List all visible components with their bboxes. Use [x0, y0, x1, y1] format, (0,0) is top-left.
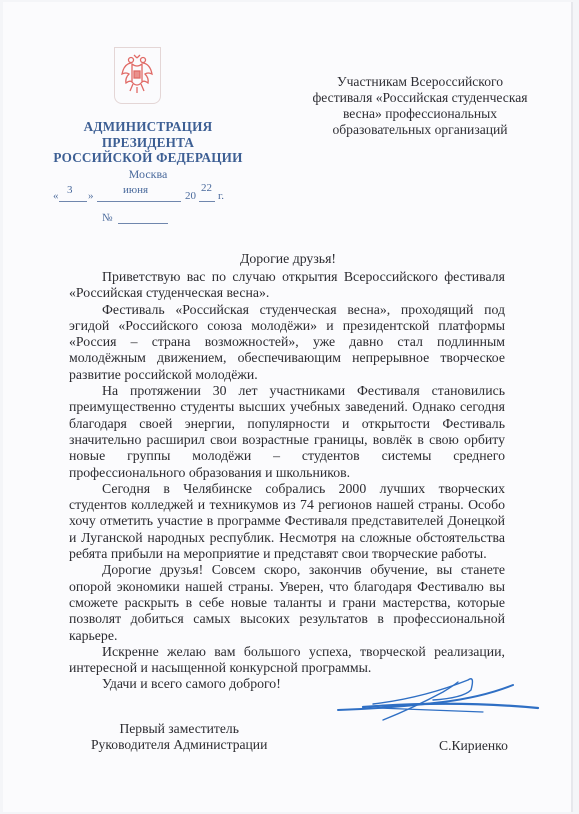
- addressee-line-3: весна» профессиональных: [299, 106, 541, 122]
- paragraph: Дорогие друзья! Совсем скоро, закончив о…: [69, 562, 505, 643]
- date-close-quote: »: [88, 190, 94, 202]
- org-line-2: ПРЕЗИДЕНТА: [53, 135, 243, 151]
- org-line-1: АДМИНИСТРАЦИЯ: [53, 119, 243, 135]
- addressee-line-1: Участникам Всероссийского: [299, 74, 541, 90]
- month-underline: [97, 201, 181, 202]
- signer-position: Первый заместитель Руководителя Админист…: [91, 721, 267, 753]
- letter-body: Приветствую вас по случаю открытия Всеро…: [69, 269, 505, 693]
- position-line-1: Первый заместитель: [91, 721, 267, 737]
- date-year-mark: г.: [218, 190, 224, 202]
- paragraph: Сегодня в Челябинске собрались 2000 лучш…: [69, 481, 505, 562]
- year-underline: [199, 201, 215, 202]
- number-underline: [118, 223, 168, 224]
- addressee-line-2: фестиваля «Российская студенческая: [299, 90, 541, 106]
- signer-name: С.Кириенко: [439, 738, 508, 754]
- date-year-suffix: 22: [201, 182, 212, 194]
- date-open-quote: «: [53, 190, 59, 202]
- date-day: 3: [67, 184, 73, 196]
- organization-name: АДМИНИСТРАЦИЯ ПРЕЗИДЕНТА РОССИЙСКОЙ ФЕДЕ…: [53, 119, 243, 166]
- date-line: « 3 » июня 20 22 г.: [61, 184, 241, 202]
- coat-of-arms-icon: [114, 47, 161, 104]
- paragraph: Приветствую вас по случаю открытия Всеро…: [69, 269, 505, 302]
- day-underline: [59, 201, 87, 202]
- letter-page: АДМИНИСТРАЦИЯ ПРЕЗИДЕНТА РОССИЙСКОЙ ФЕДЕ…: [3, 2, 573, 812]
- addressee-line-4: образовательных организаций: [299, 122, 541, 138]
- number-label: №: [102, 212, 113, 224]
- city: Москва: [53, 167, 243, 182]
- greeting: Дорогие друзья!: [3, 251, 573, 267]
- date-year-prefix: 20: [185, 190, 196, 202]
- position-line-2: Руководителя Администрации: [91, 737, 267, 753]
- org-line-3: РОССИЙСКОЙ ФЕДЕРАЦИИ: [53, 150, 243, 166]
- handwritten-signature-icon: [333, 670, 543, 735]
- date-month: июня: [123, 184, 148, 196]
- paragraph: На протяжении 30 лет участниками Фестива…: [69, 383, 505, 481]
- document-number: №: [102, 212, 113, 224]
- paragraph: Фестиваль «Российская студенческая весна…: [69, 302, 505, 383]
- addressee-block: Участникам Всероссийского фестиваля «Рос…: [299, 74, 541, 138]
